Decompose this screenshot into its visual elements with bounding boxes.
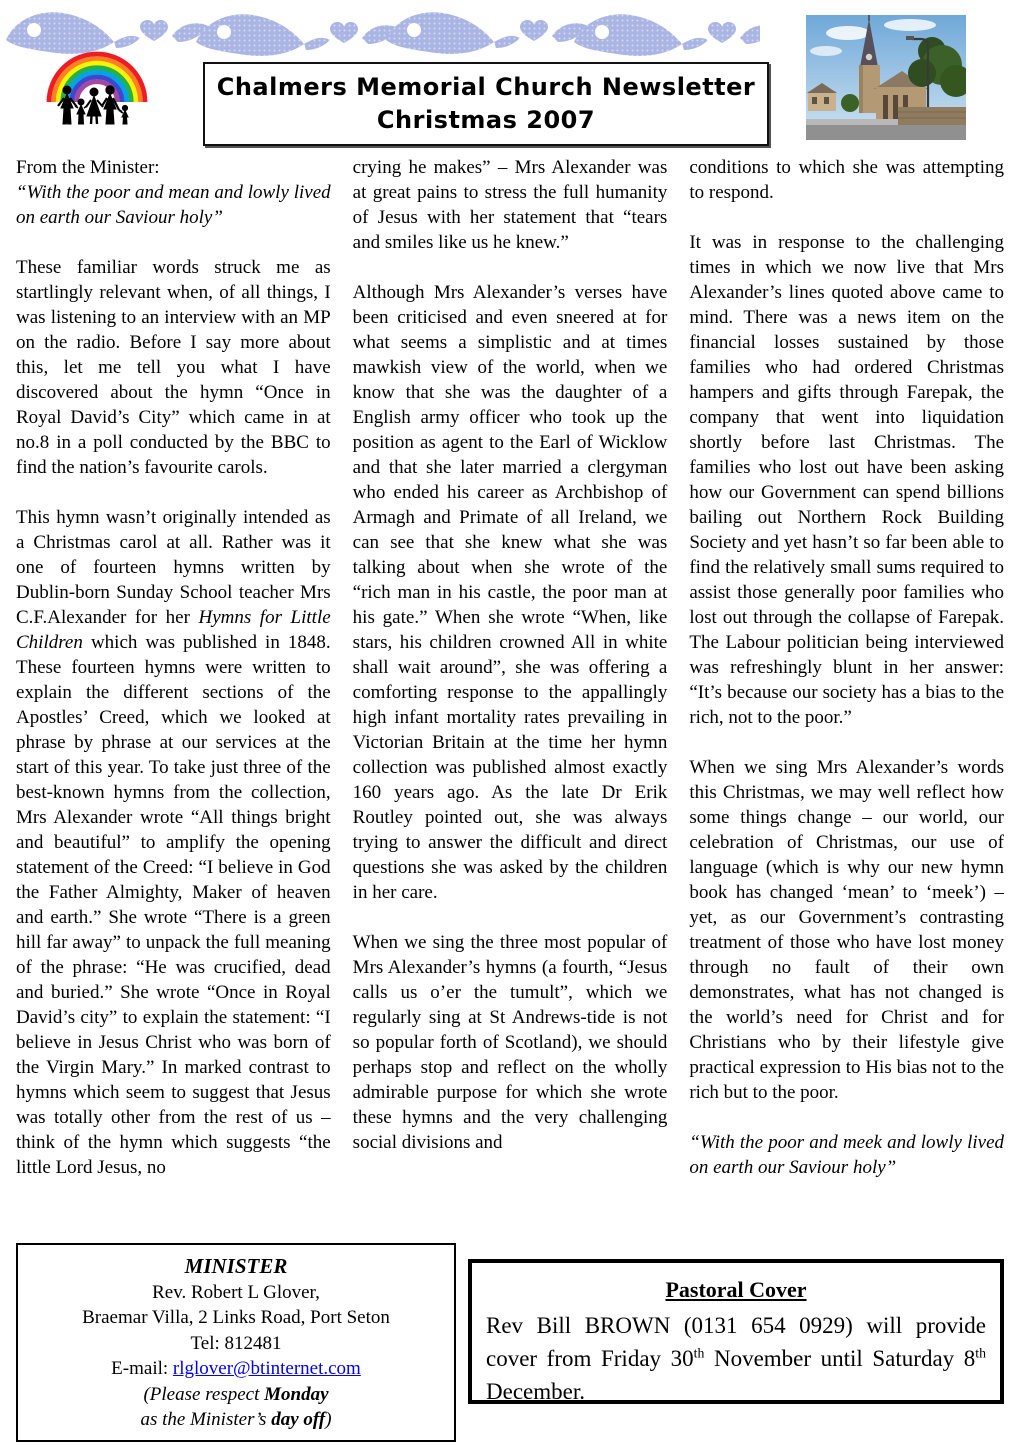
paragraph: crying he makes” – Mrs Alexander was at … [353, 155, 668, 255]
minister-heading: MINISTER [18, 1254, 454, 1280]
from-the-minister-heading: From the Minister: [16, 155, 331, 180]
paragraph: It was in response to the challenging ti… [689, 230, 1004, 730]
newsletter-title: Chalmers Memorial Church Newsletter [217, 71, 756, 104]
opening-quote: “With the poor and mean and lowly lived … [16, 180, 331, 230]
newsletter-edition: Christmas 2007 [377, 104, 595, 137]
paragraph: This hymn wasn’t originally intended as … [16, 505, 331, 1180]
paragraph: When we sing the three most popular of M… [353, 930, 668, 1155]
minister-address: Braemar Villa, 2 Links Road, Port Seton [18, 1305, 454, 1331]
paragraph: Although Mrs Alexander’s verses have bee… [353, 280, 668, 905]
rainbow-family-icon [42, 46, 152, 126]
church-photo [806, 15, 966, 140]
article-columns: From the Minister: “With the poor and me… [16, 155, 1004, 1205]
minister-info-box: MINISTER Rev. Robert L Glover, Braemar V… [16, 1243, 456, 1442]
newsletter-page: Chalmers Memorial Church Newsletter Chri… [0, 0, 1020, 1443]
pastoral-cover-box: Pastoral Cover Rev Bill BROWN (0131 654 … [468, 1259, 1004, 1404]
article-column-2: crying he makes” – Mrs Alexander was at … [353, 155, 668, 1205]
minister-note-line-1: (Please respect Monday [18, 1382, 454, 1408]
pastoral-cover-text: Rev Bill BROWN (0131 654 0929) will prov… [486, 1309, 986, 1408]
paragraph: conditions to which she was attempting t… [689, 155, 1004, 205]
newsletter-title-box: Chalmers Memorial Church Newsletter Chri… [203, 62, 769, 146]
minister-telephone: Tel: 812481 [18, 1331, 454, 1357]
paragraph: When we sing Mrs Alexander’s words this … [689, 755, 1004, 1105]
closing-quote: “With the poor and meek and lowly lived … [689, 1130, 1004, 1180]
article-column-3: conditions to which she was attempting t… [689, 155, 1004, 1205]
paragraph: These familiar words struck me as startl… [16, 255, 331, 480]
minister-email-line: E-mail: rlglover@btinternet.com [18, 1356, 454, 1382]
pastoral-cover-heading: Pastoral Cover [486, 1273, 986, 1306]
email-link[interactable]: rlglover@btinternet.com [173, 1358, 361, 1379]
article-column-1: From the Minister: “With the poor and me… [16, 155, 331, 1205]
minister-name: Rev. Robert L Glover, [18, 1280, 454, 1306]
minister-note-line-2: as the Minister’s day off) [18, 1407, 454, 1433]
